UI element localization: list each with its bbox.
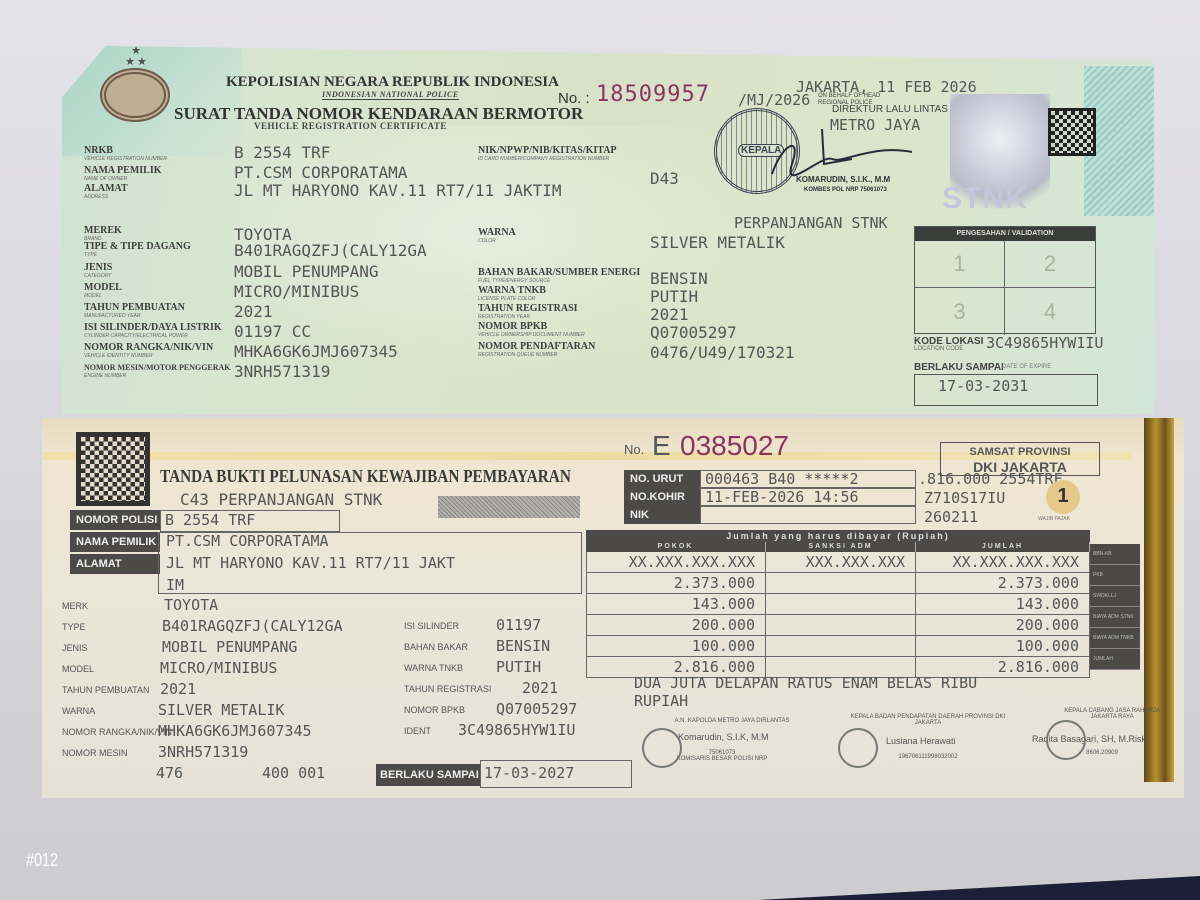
field-color: WARNAColor SILVER METALIK [478, 228, 898, 268]
expiry-label: BERLAKU SAMPAI [914, 362, 1004, 373]
payment-cell-jumlah: 2.373.000 [916, 573, 1090, 594]
payment-cell-sanksi [766, 573, 916, 594]
stamp-icon [1046, 720, 1086, 760]
payment-row: XX.XXX.XXX.XXXXXX.XXX.XXXXX.XXX.XXX.XXX [586, 552, 1090, 573]
field-plate-color: WARNA TNKBLicense Plate Color PUTIH [478, 286, 898, 304]
stnk-watermark: STNK [942, 182, 1028, 216]
validation-cell: 4 [1005, 288, 1095, 335]
nik-label: NIK/NPWP/NIB/KITAS/KITAP [478, 146, 617, 156]
stnk-card: ★★★ KEPOLISIAN NEGARA REPUBLIK INDONESIA… [62, 46, 1154, 414]
expiry-date: 17-03-2031 [938, 377, 1028, 395]
taxpayer-badge: 1 [1046, 480, 1080, 514]
receipt-expiry-date: 17-03-2027 [484, 764, 574, 782]
payment-cell-sanksi [766, 594, 916, 615]
vehicle-left: MERKTOYOTA TYPEB401RAGQZFJ(CALY12GA JENI… [62, 596, 402, 785]
fields-right: WARNAColor SILVER METALIK BAHAN BAKAR/SU… [478, 228, 898, 362]
location-code-sub: LOCATION CODE [914, 346, 963, 352]
field-brand: MEREKBrand TOYOTA [84, 226, 484, 242]
validation-box: PENGESAHAN / VALIDATION 1 2 3 4 [914, 226, 1096, 334]
payment-row-label: PKB [1090, 565, 1140, 586]
payment-row-label: JUMLAH [1090, 649, 1140, 670]
nik-extra: 260211 [924, 508, 978, 526]
signatory-police: A.N. KAPOLDA METRO JAYA DIRLANTAS Komaru… [642, 718, 802, 762]
order-extra: .816.000 2554TRF [918, 470, 1063, 488]
officer-name: KOMARUDIN, S.I.K., M.M [796, 175, 890, 184]
column-header: JUMLAH [916, 542, 1090, 552]
field-model: MODELModel MICRO/MINIBUS [84, 283, 484, 303]
star-icon: ★★★ [120, 46, 154, 68]
payment-cell-pokok: XX.XXX.XXX.XXX [586, 552, 766, 573]
payment-row: 200.000200.000 [586, 615, 1090, 636]
payment-cell-pokok: 200.000 [586, 615, 766, 636]
field-vin: NOMOR RANGKA/NIK/VINVehicle Identity Num… [84, 343, 484, 363]
validation-header: PENGESAHAN / VALIDATION [915, 227, 1095, 241]
validation-cell: 1 [915, 241, 1005, 288]
expiry-sub: DATE OF EXPIRE [1002, 364, 1051, 370]
field-category: JENISCategory MOBIL PENUMPANG [84, 263, 484, 283]
field-registration-year: TAHUN REGISTRASIRegistration Year 2021 [478, 304, 898, 322]
field-type: TIPE & TIPE DAGANGType B401RAGQZFJ(CALY1… [84, 242, 484, 263]
payment-cell-pokok: 2.373.000 [586, 573, 766, 594]
order-info: NO. URUT 000463 B40 *****2 NO.KOHIR 11-F… [624, 470, 916, 524]
field-fuel: BAHAN BAKAR/SUMBER ENERGIFuel Type/Energ… [478, 268, 898, 286]
payment-table: Jumlah yang harus dibayar (Rupiah) POKOK… [586, 530, 1090, 678]
redacted-area [438, 496, 580, 518]
payment-receipt: TANDA BUKTI PELUNASAN KEWAJIBAN PEMBAYAR… [42, 418, 1184, 798]
payment-cell-pokok: 100.000 [586, 636, 766, 657]
payment-row: 2.373.0002.373.000 [586, 573, 1090, 594]
qr-code-icon [76, 432, 150, 506]
validation-cell: 3 [915, 288, 1005, 335]
field-registration-number: NOMOR PENDAFTARANRegistration Queue Numb… [478, 342, 898, 362]
location-code: 3C49865HYW1IU [986, 334, 1103, 352]
payment-row-label: BBN-KB [1090, 544, 1140, 565]
payment-cell-sanksi: XXX.XXX.XXX [766, 552, 916, 573]
payment-row-label: BIAYA ADM STNK [1090, 607, 1140, 628]
kohir-row: NO.KOHIR 11-FEB-2026 14:56 [624, 488, 916, 506]
director-title: DIREKTUR LALU LINTAS [832, 104, 948, 115]
field-bpkb: NOMOR BPKBVehicle Ownership Document Num… [478, 322, 898, 342]
nik-row: NIK [624, 506, 916, 524]
photo-tag: #012 [26, 850, 58, 871]
payment-cell-jumlah: 100.000 [916, 636, 1090, 657]
number-label: No. : [558, 90, 590, 107]
payment-row: 100.000100.000 [586, 636, 1090, 657]
validation-cell: 2 [1005, 241, 1095, 288]
amount-in-words: DUA JUTA DELAPAN RATUS ENAM BELAS RIBU R… [634, 674, 1114, 710]
nik-sub: ID Card Number/Company Registration Numb… [478, 156, 609, 162]
police-emblem-icon [100, 68, 170, 122]
column-header: SANKSI ADM [766, 542, 916, 552]
document-title-en: VEHICLE REGISTRATION CERTIFICATE [254, 121, 447, 131]
payment-row-label: BIAYA ADM TNKB [1090, 628, 1140, 649]
payment-cell-jumlah: XX.XXX.XXX.XXX [916, 552, 1090, 573]
payment-cell-jumlah: 200.000 [916, 615, 1090, 636]
fields-left: NRKBVehicle Registration Number B 2554 T… [84, 146, 484, 383]
signatory-jasa-raharja: KEPALA CABANG JASA RAHARJA JAKARTA RAYA … [1032, 708, 1172, 756]
payment-cell-sanksi [766, 615, 916, 636]
field-address: ALAMATAddress JL MT HARYONO KAV.11 RT7/1… [84, 184, 484, 226]
field-cylinder: ISI SILINDER/DAYA LISTRIKCylinder Capaci… [84, 323, 484, 343]
receipt-subtitle: C43 PERPANJANGAN STNK [180, 490, 382, 509]
payment-header: Jumlah yang harus dibayar (Rupiah) [586, 530, 1090, 542]
qr-code-icon [1048, 108, 1096, 156]
payment-row: 143.000143.000 [586, 594, 1090, 615]
kohir-extra: Z710S17IU [924, 489, 1005, 507]
payment-cell-jumlah: 143.000 [916, 594, 1090, 615]
stamp-icon [642, 728, 682, 768]
address-box [158, 532, 582, 594]
receipt-number: 0385027 [680, 430, 789, 462]
order-row: NO. URUT 000463 B40 *****2 [624, 470, 916, 488]
receipt-title: TANDA BUKTI PELUNASAN KEWAJIBAN PEMBAYAR… [160, 466, 571, 487]
payment-row-labels: BBN-KBPKBSWDKLLJBIAYA ADM STNKBIAYA ADM … [1090, 544, 1140, 670]
field-engine-number: NOMOR MESIN/MOTOR PENGGERAKEngine Number… [84, 363, 484, 383]
signatory-bapenda: KEPALA BADAN PENDAPATAN DAERAH PROVINSI … [838, 714, 1018, 760]
certificate-number: 18509957 [596, 82, 710, 107]
receipt-expiry-label: BERLAKU SAMPAI [376, 764, 480, 786]
field-manufactured-year: TAHUN PEMBUATANManufactured Year 2021 [84, 303, 484, 323]
receipt-number-label: No. [624, 442, 644, 457]
payment-cell-sanksi [766, 636, 916, 657]
plate-number-row: NOMOR POLISI B 2554 TRF [70, 510, 455, 532]
column-header: POKOK [586, 542, 766, 552]
institution-name: KEPOLISIAN NEGARA REPUBLIK INDONESIA [226, 74, 559, 91]
institution-name-en: INDONESIAN NATIONAL POLICE [322, 90, 459, 100]
stamp-icon [838, 728, 878, 768]
nik-extra: D43 [650, 170, 679, 188]
receipt-number-prefix: E [652, 430, 671, 462]
payment-cell-pokok: 143.000 [586, 594, 766, 615]
taxpayer-badge-sub: WAJIB PAJAK [1038, 516, 1070, 522]
officer-id: KOMBES POL NRP 75061073 [804, 187, 887, 193]
payment-row-label: SWDKLLJ [1090, 586, 1140, 607]
